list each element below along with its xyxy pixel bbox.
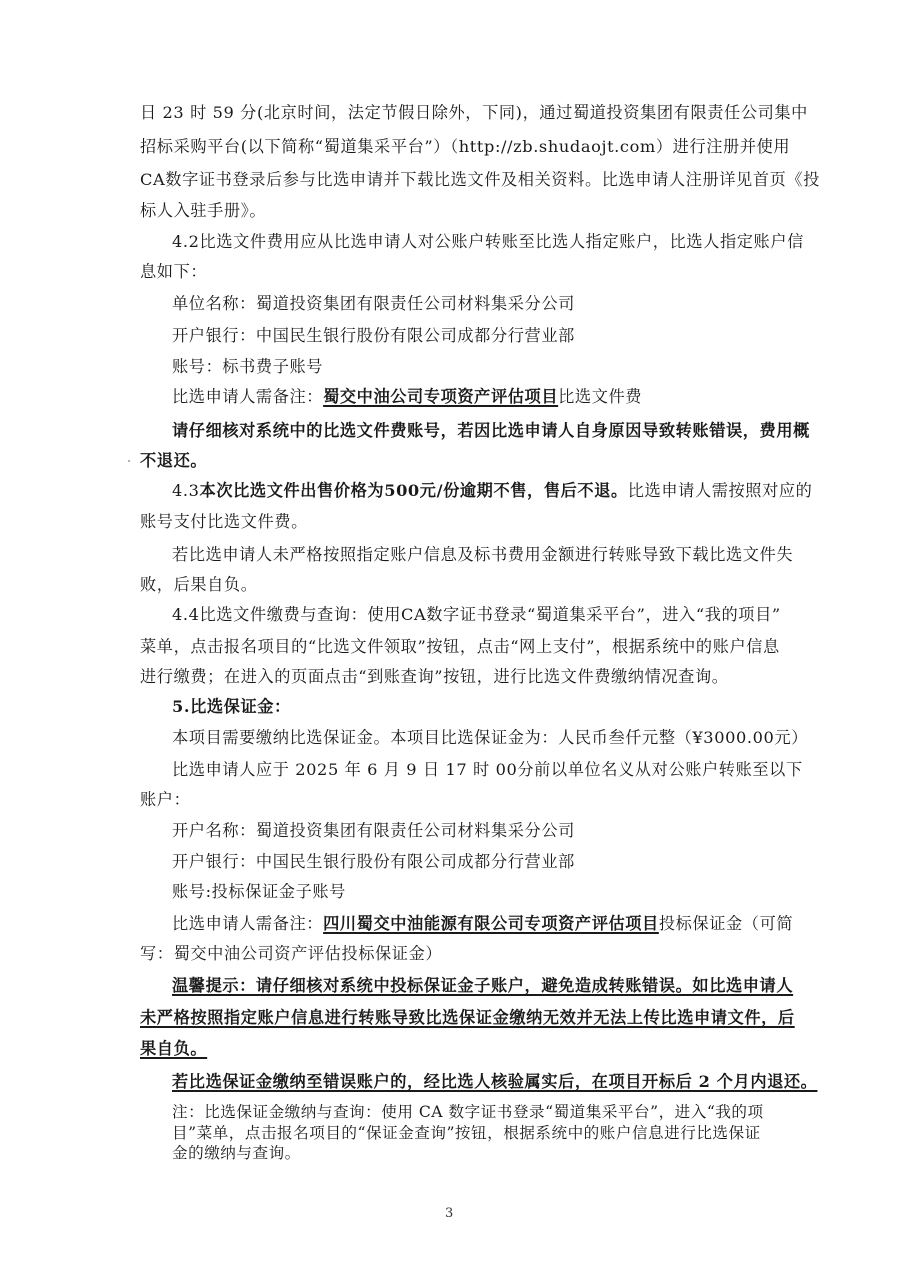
page-number: 3 — [445, 1206, 453, 1221]
paragraph-line: 若比选申请人未严格按照指定账户信息及标书费用金额进行转账导致下载比选文件失 — [172, 545, 782, 565]
note-line: 注：比选保证金缴纳与查询：使用 CA 数字证书登录“蜀道集采平台”，进入“我的项 — [172, 1102, 782, 1122]
price-statement: 本次比选文件出售价格为500元/份逾期不售，售后不退。 — [200, 481, 628, 500]
paragraph-line: 日 23 时 59 分(北京时间，法定节假日除外，下同)，通过蜀道投资集团有限责… — [140, 103, 780, 123]
paragraph-line: 进行缴费；在进入的页面点击“到账查询”按钮，进行比选文件费缴纳情况查询。 — [140, 667, 780, 687]
note-line: 金的缴纳与查询。 — [172, 1143, 782, 1163]
section-number: 4.3 — [172, 481, 200, 500]
paragraph-line: 账户： — [140, 790, 780, 810]
paragraph-line: 招标采购平台(以下简称“蜀道集采平台”）（http://zb.shudaojt.… — [140, 137, 780, 157]
scan-speck — [128, 460, 130, 462]
tip-line: 果自负。 — [140, 1039, 780, 1059]
warning-line: 不退还。 — [140, 451, 780, 471]
remark-label: 比选申请人需备注： — [172, 387, 323, 406]
paragraph-line: 菜单，点击报名项目的“比选文件领取”按钮，点击“网上支付”，根据系统中的账户信息 — [140, 637, 780, 657]
paragraph-line: 账号支付比选文件费。 — [140, 512, 780, 532]
tip-line: 未严格按照指定账户信息进行转账导致比选保证金缴纳无效并无法上传比选申请文件，后 — [140, 1008, 780, 1028]
paragraph-line: CA数字证书登录后参与比选申请并下载比选文件及相关资料。比选申请人注册详见首页《… — [140, 170, 780, 190]
bank-line: 开户银行：中国民生银行股份有限公司成都分行营业部 — [172, 326, 782, 346]
deposit-amount-line: 本项目需要缴纳比选保证金。本项目比选保证金为：人民币叁仟元整（¥3000.00元… — [172, 728, 782, 748]
account-line: 账号：标书费子账号 — [172, 357, 782, 377]
section-4-4-line: 4.4比选文件缴费与查询：使用CA数字证书登录“蜀道集采平台”，进入“我的项目” — [172, 605, 782, 625]
remark-project-name: 蜀交中油公司专项资产评估项目 — [323, 387, 558, 406]
paragraph-line: 败，后果自负。 — [140, 575, 780, 595]
account-line: 账号:投标保证金子账号 — [172, 882, 782, 902]
section-5-heading: 5.比选保证金： — [172, 697, 782, 717]
account-name-line: 开户名称：蜀道投资集团有限责任公司材料集采分公司 — [172, 821, 782, 841]
paragraph-line: 标人入驻手册》。 — [140, 201, 780, 221]
remark-suffix: 比选文件费 — [558, 387, 642, 406]
bank-line: 开户银行：中国民生银行股份有限公司成都分行营业部 — [172, 852, 782, 872]
warning-line: 请仔细核对系统中的比选文件费账号，若因比选申请人自身原因导致转账错误，费用概 — [172, 421, 782, 441]
section-4-3-line: 4.3本次比选文件出售价格为500元/份逾期不售，售后不退。比选申请人需按照对应… — [172, 481, 782, 501]
tip-line: 温馨提示：请仔细核对系统中投标保证金子账户，避免造成转账错误。如比选申请人 — [172, 976, 782, 996]
note-line: 目”菜单，点击报名项目的“保证金查询”按钮，根据系统中的账户信息进行比选保证 — [172, 1123, 782, 1143]
remark-line: 比选申请人需备注：四川蜀交中油能源有限公司专项资产评估项目投标保证金（可简 — [172, 914, 782, 934]
document-page: 日 23 时 59 分(北京时间，法定节假日除外，下同)，通过蜀道投资集团有限责… — [0, 0, 900, 1273]
remark-suffix: 投标保证金（可简 — [659, 914, 793, 933]
unit-name-line: 单位名称：蜀道投资集团有限责任公司材料集采分公司 — [172, 294, 782, 314]
remark-label: 比选申请人需备注： — [172, 914, 323, 933]
remark-line: 比选申请人需备注：蜀交中油公司专项资产评估项目比选文件费 — [172, 387, 782, 407]
paragraph-line: 写：蜀交中油公司资产评估投标保证金） — [140, 944, 780, 964]
section-text: 比选申请人需按照对应的 — [628, 481, 813, 500]
section-4-2-line: 4.2比选文件费用应从比选申请人对公账户转账至比选人指定账户，比选人指定账户信 — [172, 232, 782, 252]
remark-project-name: 四川蜀交中油能源有限公司专项资产评估项目 — [323, 914, 659, 933]
deposit-deadline-line: 比选申请人应于 2025 年 6 月 9 日 17 时 00分前以单位名义从对公… — [172, 760, 782, 780]
refund-line: 若比选保证金缴纳至错误账户的，经比选人核验属实后，在项目开标后 2 个月内退还。 — [172, 1072, 782, 1092]
paragraph-line: 息如下： — [140, 262, 780, 282]
